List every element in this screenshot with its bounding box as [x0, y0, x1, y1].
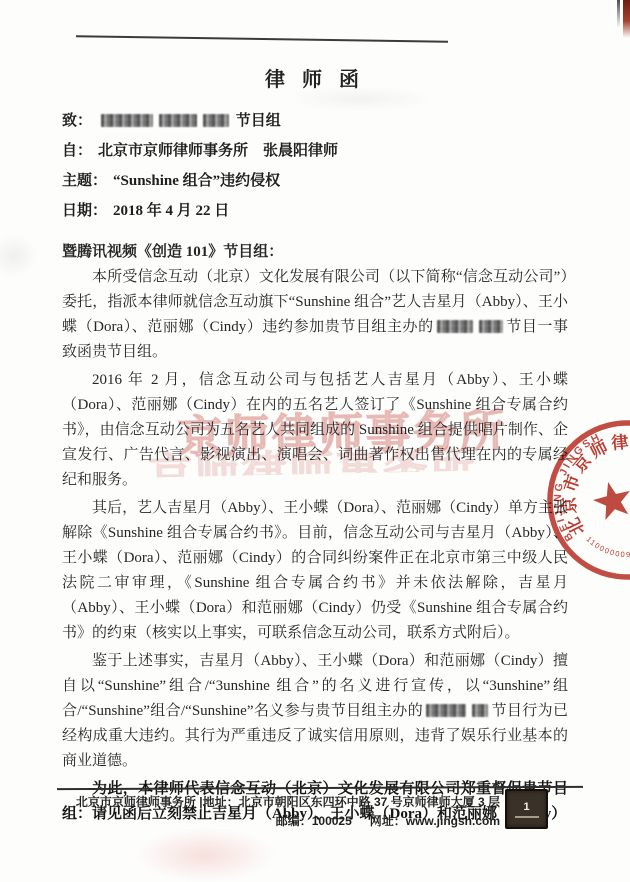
body-paragraph: 本所受信念互动（北京）文化发展有限公司（以下简称“信念互动公司”）委托，指派本律… [62, 265, 568, 365]
subject-label: 主题： [62, 173, 107, 189]
meta-from-line: 自：北京市京师律师事务所 张晨阳律师 [62, 136, 338, 166]
redacted-text-block [437, 320, 473, 333]
page-number: 1 [523, 801, 529, 813]
scan-smudge [0, 234, 38, 278]
from-label: 自： [62, 143, 92, 159]
to-label: 致： [62, 113, 92, 129]
page-number-box: 1 [505, 789, 548, 829]
footer-zip: 邮编：100025 [276, 814, 352, 828]
seal-star-icon [590, 477, 630, 521]
to-suffix: 节目组 [236, 113, 281, 129]
meta-to-line: 致： 节目组 [62, 106, 338, 136]
footer-line-2: 邮编：100025网址：www.jingsh.com [60, 812, 500, 831]
date-label: 日期： [62, 203, 107, 219]
seal-serial-number: 1100000098 [583, 525, 630, 570]
redacted-text-block [101, 114, 153, 127]
footer-address: |地址：北京市朝阳区东四环中路 37 号京师律师大厦 3 层 [199, 795, 500, 809]
footer-firm: 北京市京师律师事务所 [76, 795, 196, 809]
footer-line-1: 北京市京师律师事务所 |地址：北京市朝阳区东四环中路 37 号京师律师大厦 3 … [60, 793, 500, 812]
page-number-underline [515, 816, 539, 818]
letter-body: 暨腾讯视频《创造 101》节目组： 本所受信念互动（北京）文化发展有限公司（以下… [62, 240, 568, 830]
scan-artifact-red-corner [623, 0, 630, 38]
law-firm-seal-stamp: BEIJING JINGSH 北京市京师律师事务所 1100000098 [537, 400, 630, 600]
meta-subject-line: 主题：“Sunshine 组合”违约侵权 [62, 166, 338, 196]
scan-artifact-line [617, 0, 620, 28]
date-value: 2018 年 4 月 22 日 [113, 203, 229, 219]
document-title: 律 师 函 [0, 63, 630, 92]
body-paragraph: 鉴于上述事实，吉星月（Abby）、王小蝶（Dora）和范丽娜（Cindy）擅自以… [62, 649, 568, 774]
body-paragraphs: 本所受信念互动（北京）文化发展有限公司（以下简称“信念互动公司”）委托，指派本律… [62, 265, 568, 827]
salutation: 暨腾讯视频《创造 101》节目组： [62, 240, 568, 265]
redacted-text-block [203, 114, 229, 127]
body-paragraph: 2016 年 2 月，信念互动公司与包括艺人吉星月（Abby）、王小蝶（Dora… [62, 368, 568, 493]
meta-date-line: 日期：2018 年 4 月 22 日 [62, 196, 338, 226]
redacted-text-block [426, 704, 466, 717]
redacted-text-block [479, 320, 503, 333]
scanned-lawyer-letter-page: 京师律师事务所 京师律师事务所 律 师 函 致： 节目组 自：北京市京师律师事务… [0, 0, 630, 882]
to-redactions [98, 113, 232, 129]
redacted-text-block [159, 114, 197, 127]
letter-meta: 致： 节目组 自：北京市京师律师事务所 张晨阳律师 主题：“Sunshine 组… [62, 106, 338, 226]
footer-website: 网址：www.jingsh.com [370, 814, 500, 828]
subject-value: “Sunshine 组合”违约侵权 [113, 173, 280, 189]
footer: 北京市京师律师事务所 |地址：北京市朝阳区东四环中路 37 号京师律师大厦 3 … [60, 793, 500, 831]
header-rule [76, 35, 448, 43]
from-value: 北京市京师律师事务所 张晨阳律师 [98, 143, 338, 159]
body-paragraph: 其后，艺人吉星月（Abby）、王小蝶（Dora）、范丽娜（Cindy）单方主张解… [62, 496, 568, 646]
scan-smudge-pink [135, 828, 275, 882]
redacted-text-block [472, 704, 488, 717]
